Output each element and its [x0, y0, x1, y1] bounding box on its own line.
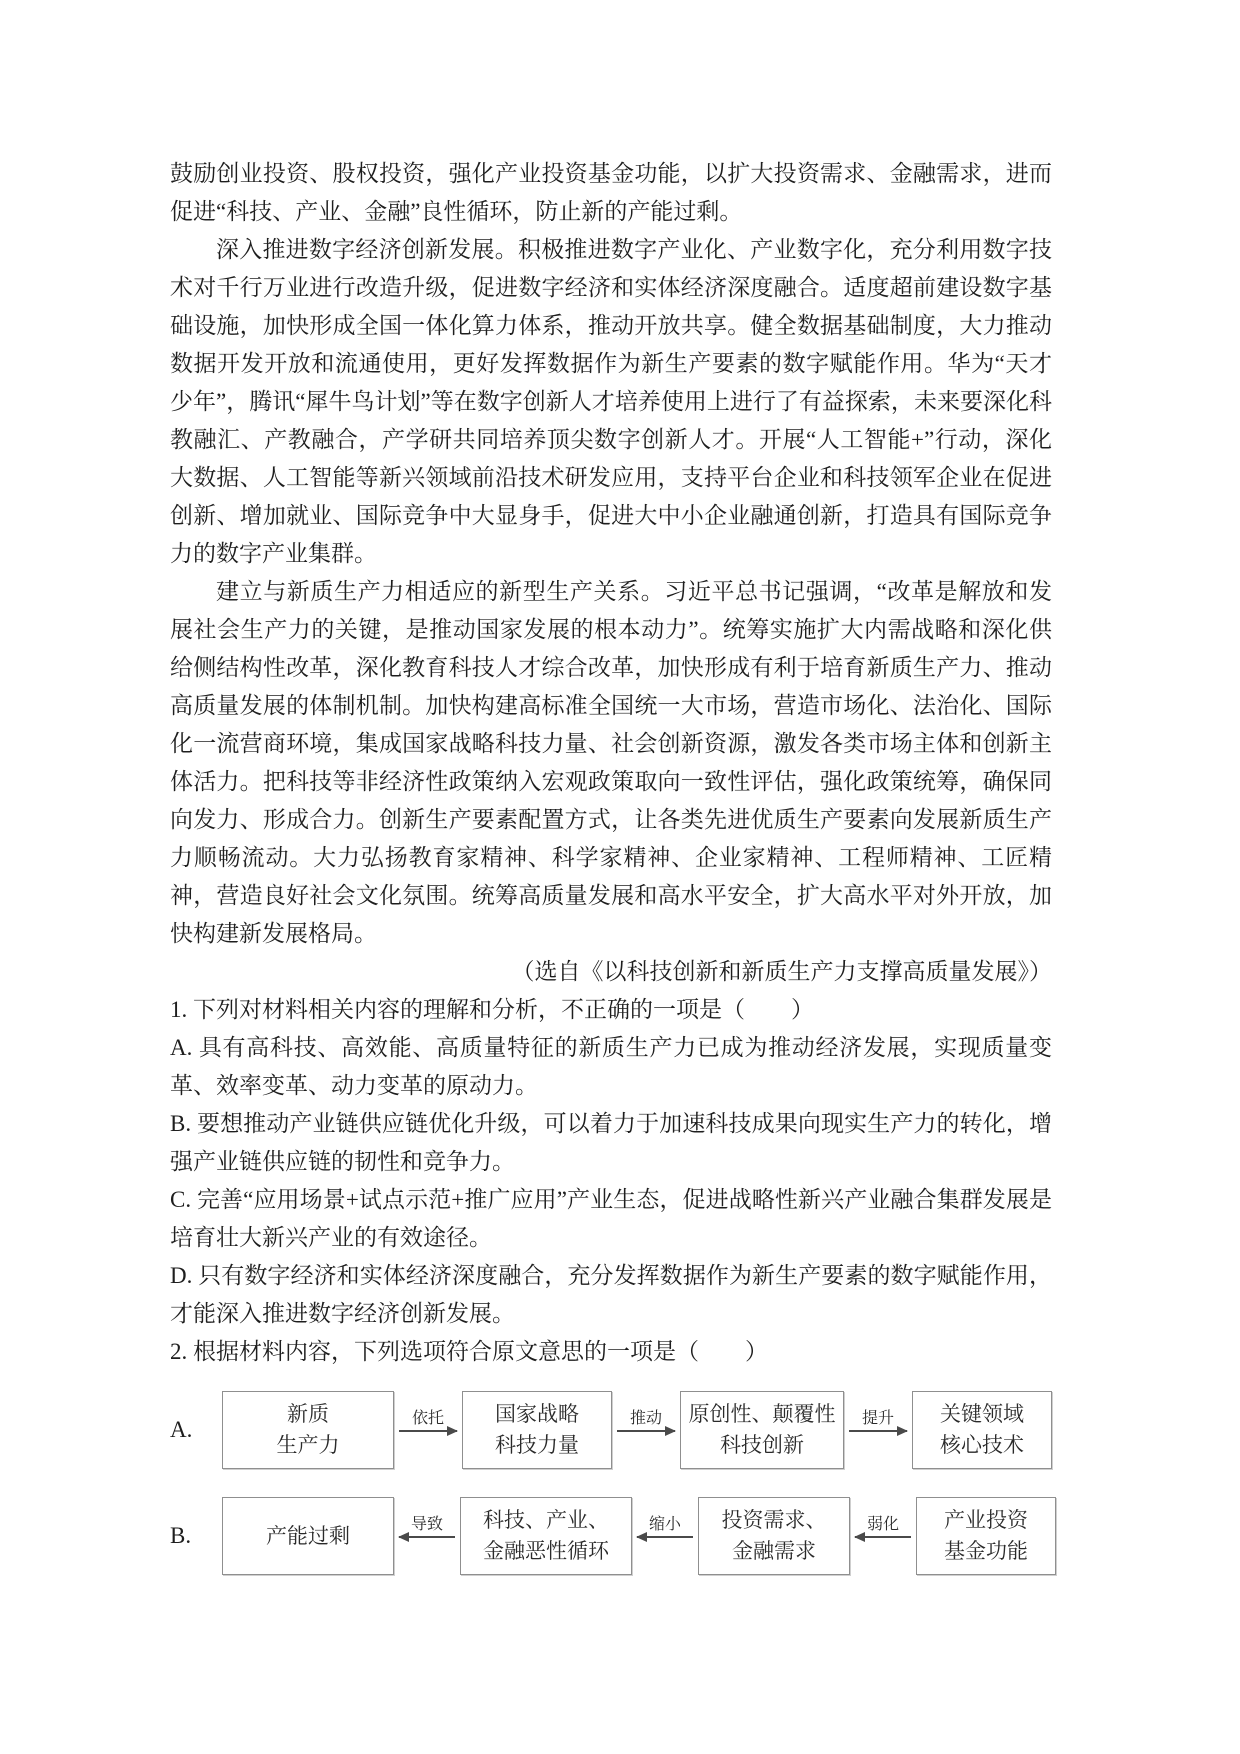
flowchart-a: 新质 生产力 依托 国家战略 科技力量 推动 原创性、颠覆性 科技创新 提升 [222, 1391, 1052, 1469]
flow-box-line: 国家战略 [495, 1399, 579, 1430]
body-paragraph-2: 深入推进数字经济创新发展。积极推进数字产业化、产业数字化，充分利用数字技术对千行… [170, 231, 1052, 573]
arrow-line [399, 1430, 457, 1432]
question-1-option-c: C. 完善“应用场景+试点示范+推广应用”产业生态，促进战略性新兴产业融合集群发… [170, 1181, 1052, 1257]
flow-arrow-right: 推动 [612, 1409, 680, 1432]
flow-box-line: 科技、产业、 [483, 1505, 609, 1536]
question-1-option-b: B. 要想推动产业链供应链优化升级，可以着力于加速科技成果向现实生产力的转化，增… [170, 1105, 1052, 1181]
flow-arrow-left: 导致 [394, 1515, 460, 1538]
body-paragraph-1: 鼓励创业投资、股权投资，强化产业投资基金功能，以扩大投资需求、金融需求，进而促进… [170, 155, 1052, 231]
flow-arrow-right: 依托 [394, 1409, 462, 1432]
flow-box-line: 金融恶性循环 [483, 1536, 609, 1567]
arrow-head-icon [665, 1426, 676, 1436]
flow-box-key-core-technology: 关键领域 核心技术 [912, 1391, 1052, 1469]
arrow-line [617, 1430, 675, 1432]
flow-box-national-strategic-tech: 国家战略 科技力量 [462, 1391, 612, 1469]
flow-box-line: 核心技术 [940, 1430, 1024, 1461]
arrow-label: 依托 [412, 1409, 444, 1429]
diagram-option-a: A. 新质 生产力 依托 国家战略 科技力量 推动 原创性、颠覆性 科技创新 [170, 1391, 1052, 1469]
arrow-line [637, 1536, 693, 1538]
arrow-head-icon [854, 1532, 865, 1542]
flow-box-line: 新质 [287, 1399, 329, 1430]
flow-box-line: 投资需求、 [722, 1505, 827, 1536]
flow-arrow-left: 缩小 [632, 1515, 698, 1538]
diagram-option-a-label: A. [170, 1417, 222, 1443]
arrow-line [855, 1536, 911, 1538]
flow-box-vicious-cycle: 科技、产业、 金融恶性循环 [460, 1497, 632, 1575]
arrow-head-icon [897, 1426, 908, 1436]
arrow-head-icon [636, 1532, 647, 1542]
flow-box-line: 关键领域 [940, 1399, 1024, 1430]
diagram-option-b-label: B. [170, 1523, 222, 1549]
arrow-line [849, 1430, 907, 1432]
flow-box-line: 科技力量 [495, 1430, 579, 1461]
flow-box-line: 生产力 [277, 1430, 340, 1461]
body-paragraph-3: 建立与新质生产力相适应的新型生产关系。习近平总书记强调，“改革是解放和发展社会生… [170, 573, 1052, 953]
arrow-label: 提升 [862, 1409, 894, 1429]
arrow-label: 导致 [411, 1515, 443, 1535]
flow-box-line: 基金功能 [944, 1536, 1028, 1567]
flow-box-industry-investment-fund: 产业投资 基金功能 [916, 1497, 1056, 1575]
source-attribution: （选自《以科技创新和新质生产力支撑高质量发展》） [170, 953, 1052, 991]
flowchart-b: 产能过剩 导致 科技、产业、 金融恶性循环 缩小 投资需求、 金融需求 弱化 [222, 1497, 1056, 1575]
arrow-label: 弱化 [867, 1515, 899, 1535]
flow-box-line: 金融需求 [732, 1536, 816, 1567]
question-1-stem: 1. 下列对材料相关内容的理解和分析，不正确的一项是（ ） [170, 991, 1052, 1029]
flow-box-line: 原创性、颠覆性 [689, 1399, 836, 1430]
flow-box-line: 产能过剩 [266, 1521, 350, 1552]
question-2-stem: 2. 根据材料内容，下列选项符合原文意思的一项是（ ） [170, 1333, 1052, 1371]
arrow-label: 推动 [630, 1409, 662, 1429]
exam-document-page: 鼓励创业投资、股权投资，强化产业投资基金功能，以扩大投资需求、金融需求，进而促进… [0, 0, 1240, 1754]
flow-box-line: 产业投资 [944, 1505, 1028, 1536]
flow-arrow-left: 弱化 [850, 1515, 916, 1538]
arrow-head-icon [447, 1426, 458, 1436]
arrow-head-icon [398, 1532, 409, 1542]
flow-box-line: 科技创新 [720, 1430, 804, 1461]
question-1-option-d: D. 只有数字经济和实体经济深度融合，充分发挥数据作为新生产要素的数字赋能作用，… [170, 1257, 1052, 1333]
flow-box-overcapacity: 产能过剩 [222, 1497, 394, 1575]
flow-arrow-right: 提升 [844, 1409, 912, 1432]
flow-box-investment-financial-demand: 投资需求、 金融需求 [698, 1497, 850, 1575]
question-1-option-a: A. 具有高科技、高效能、高质量特征的新质生产力已成为推动经济发展，实现质量变革… [170, 1029, 1052, 1105]
arrow-label: 缩小 [649, 1515, 681, 1535]
diagram-option-b: B. 产能过剩 导致 科技、产业、 金融恶性循环 缩小 投资需求、 金融需求 [170, 1497, 1052, 1575]
document-text-flow: 鼓励创业投资、股权投资，强化产业投资基金功能，以扩大投资需求、金融需求，进而促进… [170, 155, 1052, 1371]
flow-box-original-disruptive-innovation: 原创性、颠覆性 科技创新 [680, 1391, 844, 1469]
flow-box-new-quality-productivity: 新质 生产力 [222, 1391, 394, 1469]
arrow-line [399, 1536, 455, 1538]
